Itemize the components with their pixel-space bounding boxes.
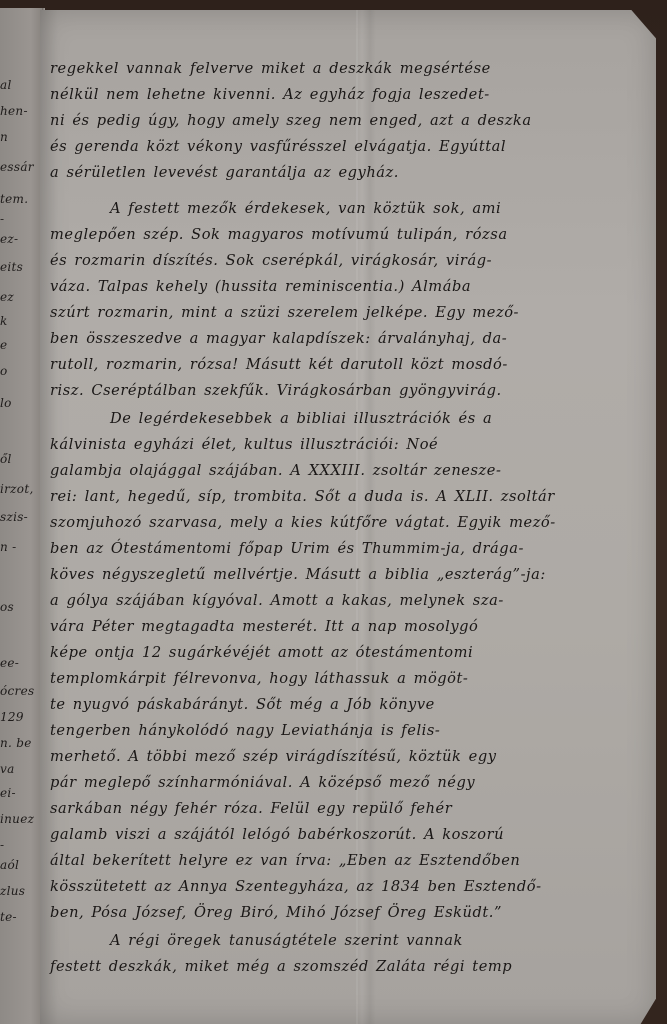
- left-page-text-fragment: ee-: [0, 656, 19, 670]
- left-page-text-fragment: te-: [0, 910, 17, 924]
- manuscript-line: rei: lant, hegedű, síp, trombita. Sőt a …: [50, 488, 555, 505]
- left-page-text-fragment: o: [0, 364, 8, 378]
- manuscript-line: De legérdekesebbek a bibliai illusztráci…: [50, 410, 492, 427]
- left-page-text-fragment: n -: [0, 540, 17, 554]
- left-page-text-fragment: n: [0, 130, 8, 144]
- left-page-text-fragment: os: [0, 600, 14, 614]
- left-page-text-fragment: ócres: [0, 684, 34, 698]
- manuscript-line: regekkel vannak felverve miket a deszkák…: [50, 60, 491, 77]
- manuscript-line: merhető. A többi mező szép virágdíszítés…: [50, 748, 497, 765]
- manuscript-line: sarkában négy fehér róza. Felül egy repü…: [50, 800, 452, 817]
- manuscript-line: és gerenda közt vékony vasfűrésszel elvá…: [50, 138, 506, 155]
- manuscript-line: váza. Talpas kehely (hussita reminiscent…: [50, 278, 471, 295]
- left-page-text-fragment: tem.: [0, 192, 28, 206]
- left-page-text-fragment: -: [0, 212, 4, 226]
- left-page-text-fragment: ez: [0, 290, 14, 304]
- manuscript-line: ben az Ótestámentomi főpap Urim és Thumm…: [50, 540, 524, 557]
- manuscript-line: köves négyszegletű mellvértje. Másutt a …: [50, 566, 546, 583]
- left-page-text-fragment: inuez: [0, 812, 34, 826]
- left-page-text-fragment: ől: [0, 452, 12, 466]
- manuscript-line: festett deszkák, miket még a szomszéd Za…: [50, 958, 512, 975]
- manuscript-line: pár meglepő színharmóniával. A középső m…: [50, 774, 475, 791]
- manuscript-line: ni és pedig úgy, hogy amely szeg nem eng…: [50, 112, 532, 129]
- left-page-text-fragment: eits: [0, 260, 23, 274]
- manuscript-line: képe ontja 12 sugárkévéjét amott az ótes…: [50, 644, 473, 661]
- left-page-text-fragment: e: [0, 338, 7, 352]
- left-page-fragment: alhen-nessártem.-ez-eitsezkeoloőlirzot,s…: [0, 8, 44, 1024]
- manuscript-line: galamb viszi a szájától lelógó babérkosz…: [50, 826, 504, 843]
- manuscript-line: és rozmarin díszítés. Sok cserépkál, vir…: [50, 252, 492, 269]
- manuscript-line: kösszütetett az Annya Szentegyháza, az 1…: [50, 878, 542, 895]
- manuscript-line: galambja olajággal szájában. A XXXIII. z…: [50, 462, 501, 479]
- left-page-text-fragment: essár: [0, 160, 34, 174]
- left-page-text-fragment: szis-: [0, 510, 28, 524]
- manuscript-line: templomkárpit félrevonva, hogy láthassuk…: [50, 670, 468, 687]
- manuscript-line: vára Péter megtagadta mesterét. Itt a na…: [50, 618, 478, 635]
- manuscript-line: rutoll, rozmarin, rózsa! Másutt két daru…: [50, 356, 508, 373]
- manuscript-line: A festett mezők érdekesek, van köztük so…: [50, 200, 501, 217]
- left-page-text-fragment: ei-: [0, 786, 16, 800]
- manuscript-line: tengerben hánykolódó nagy Leviathánja is…: [50, 722, 440, 739]
- manuscript-line: nélkül nem lehetne kivenni. Az egyház fo…: [50, 86, 490, 103]
- left-page-text-fragment: ez-: [0, 232, 18, 246]
- left-page-text-fragment: 129: [0, 710, 24, 724]
- left-page-text-fragment: irzot,: [0, 482, 34, 496]
- manuscript-line: a gólya szájában kígyóval. Amott a kakas…: [50, 592, 504, 609]
- left-page-text-fragment: va: [0, 762, 15, 776]
- manuscript-line: által bekerített helyre ez van írva: „Eb…: [50, 852, 520, 869]
- manuscript-line: ben, Pósa József, Öreg Biró, Mihó József…: [50, 904, 502, 921]
- manuscript-line: szomjuhozó szarvasa, mely a kies kútfőre…: [50, 514, 556, 531]
- left-page-text-fragment: lo: [0, 396, 12, 410]
- manuscript-line: te nyugvó páskabárányt. Sőt még a Jób kö…: [50, 696, 435, 713]
- manuscript-line: a sérületlen levevést garantálja az egyh…: [50, 164, 399, 181]
- left-page-text-fragment: hen-: [0, 104, 28, 118]
- left-page-text-fragment: zlus: [0, 884, 25, 898]
- manuscript-line: meglepően szép. Sok magyaros motívumú tu…: [50, 226, 508, 243]
- manuscript-line: A régi öregek tanuságtétele szerint vann…: [50, 932, 463, 949]
- left-page-text-fragment: n. be: [0, 736, 32, 750]
- manuscript-line: ben összeszedve a magyar kalapdíszek: ár…: [50, 330, 507, 347]
- left-page-text-fragment: aól: [0, 858, 19, 872]
- manuscript-line: szúrt rozmarin, mint a szüzi szerelem je…: [50, 304, 519, 321]
- left-page-text-fragment: -: [0, 838, 4, 852]
- left-page-text-fragment: k: [0, 314, 8, 328]
- photo-scene: alhen-nessártem.-ez-eitsezkeoloőlirzot,s…: [0, 0, 667, 1024]
- manuscript-line: risz. Cseréptálban szekfűk. Virágkosárba…: [50, 382, 502, 399]
- left-page-text-fragment: al: [0, 78, 12, 92]
- manuscript-line: kálvinista egyházi élet, kultus illusztr…: [50, 436, 438, 453]
